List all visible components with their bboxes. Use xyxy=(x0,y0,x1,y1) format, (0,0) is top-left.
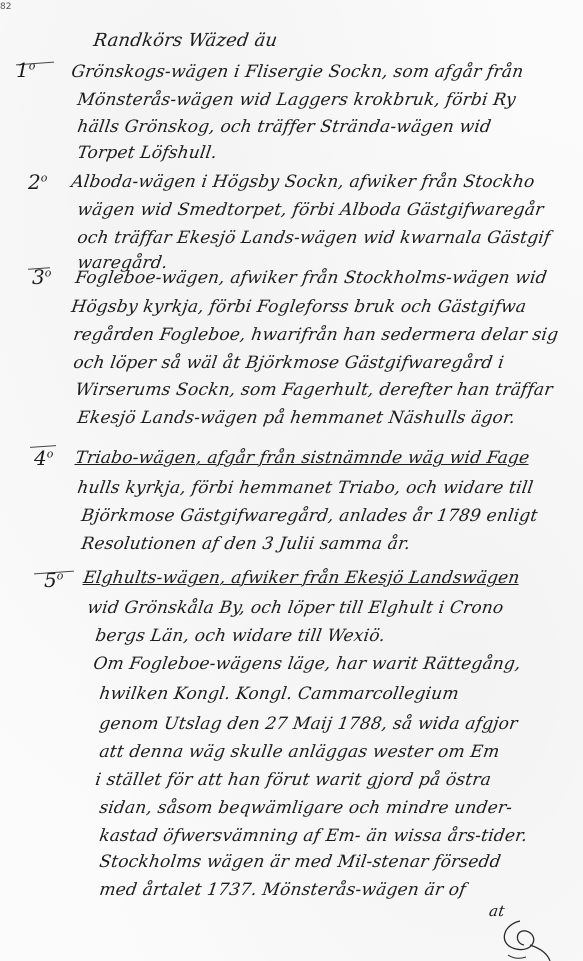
note-line-9: med årtalet 1737. Mönsterås-wägen är of xyxy=(98,880,467,900)
note-line-8: Stockholms wägen är med Mil-stenar förse… xyxy=(98,852,502,872)
entry-1-line-4: Torpet Löfshull. xyxy=(76,143,218,163)
entry-5-line-1: Elghults-wägen, afwiker från Ekesjö Land… xyxy=(82,568,521,588)
entry-number-1: 1o xyxy=(16,58,35,82)
entry-2-line-3: och träffar Ekesjö Lands-wägen wid kwarn… xyxy=(76,228,552,248)
manuscript-page: 82 Randkörs Wäzed äu 1o Grönskogs-wägen … xyxy=(0,0,583,961)
note-line-5: i stället för att han förut warit gjord … xyxy=(94,770,492,790)
note-line-4: att denna wäg skulle anläggas wester om … xyxy=(98,742,501,762)
entry-3-line-3: regården Fogleboe, hwarifrån han sederme… xyxy=(72,325,560,345)
entry-4-line-1: Triabo-wägen, afgår från sistnämnde wäg … xyxy=(74,448,531,468)
entry-3-line-4: och löper så wäl åt Björkmose Gästgifwar… xyxy=(72,353,505,373)
entry-3-line-5: Wirserums Sockn, som Fagerhult, derefter… xyxy=(74,380,554,400)
entry-number-3: 3o xyxy=(32,265,51,289)
entry-number-2: 2o xyxy=(28,170,47,194)
entry-2-line-1: Alboda-wägen i Högsby Sockn, afwiker frå… xyxy=(70,172,536,192)
entry-1-line-3: hälls Grönskog, och träffer Strända-wäge… xyxy=(76,117,492,137)
note-line-2: hwilken Kongl. Kongl. Cammarcollegium xyxy=(98,684,460,704)
entry-2-line-2: wägen wid Smedtorpet, förbi Alboda Gästg… xyxy=(76,200,545,220)
page-heading: Randkörs Wäzed äu xyxy=(92,30,279,51)
note-line-3: genom Utslag den 27 Maij 1788, så wida a… xyxy=(98,714,519,734)
entry-1-line-2: Mönsterås-wägen wid Laggers krokbruk, fö… xyxy=(76,90,517,110)
page-corner-mark: 82 xyxy=(0,2,11,12)
entry-number-4: 4o xyxy=(34,446,53,470)
entry-number-5: 5o xyxy=(44,568,63,592)
entry-3-line-1: Fogleboe-wägen, afwiker från Stockholms-… xyxy=(74,268,548,288)
entry-3-line-6: Ekesjö Lands-wägen på hemmanet Näshulls … xyxy=(76,408,517,428)
entry-4-line-2: hulls kyrkja, förbi hemmanet Triabo, och… xyxy=(76,478,534,498)
entry-4-line-3: Björkmose Gästgifwaregård, anlades år 17… xyxy=(80,506,539,526)
signature-flourish-icon xyxy=(490,915,560,961)
entry-5-line-2: wid Grönskåla By, och löper till Elghult… xyxy=(86,598,505,618)
note-line-6: sidan, såsom beqwämligare och mindre und… xyxy=(98,798,514,818)
entry-5-line-3: bergs Län, och widare till Wexiö. xyxy=(94,626,386,646)
note-line-7: kastad öfwersvämning af Em- än wissa års… xyxy=(98,826,529,846)
entry-3-line-2: Högsby kyrkja, förbi Fogleforss bruk och… xyxy=(70,297,528,317)
entry-1-line-1: Grönskogs-wägen i Flisergie Sockn, som a… xyxy=(70,62,525,82)
note-line-1: Om Fogleboe-wägens läge, har warit Rätte… xyxy=(92,654,522,674)
entry-4-line-4: Resolutionen af den 3 Julii samma år. xyxy=(80,534,412,554)
